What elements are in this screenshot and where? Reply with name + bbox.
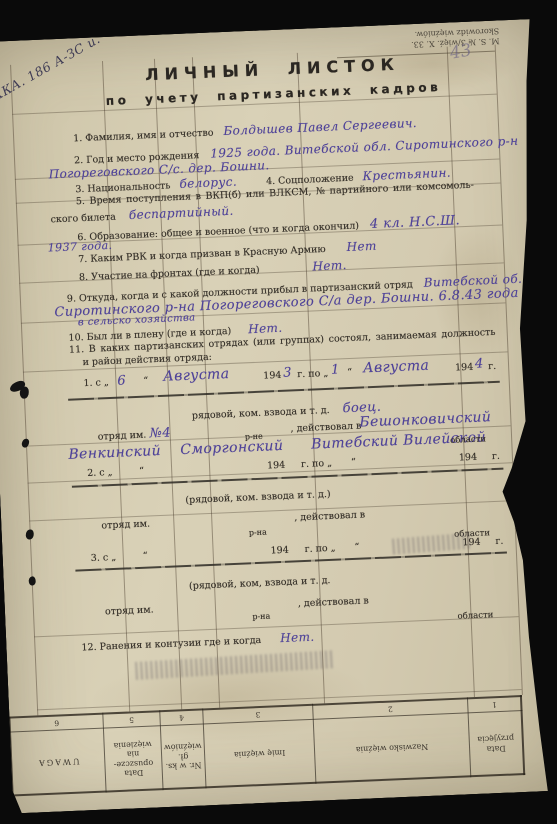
register-col-nazwisko: Nazwisko więźnia [313, 713, 471, 783]
field-1-label: 1. Фамилия, имя и отчество [73, 127, 214, 144]
region-hand-1: Венкинский [68, 443, 161, 463]
detachment-3-label: отряд им. [105, 604, 154, 617]
ink-blot [28, 576, 37, 586]
region-hand-2: Сморгонский [180, 438, 284, 458]
rna-label: р-на [249, 528, 267, 538]
register-col-number: 4 [160, 709, 204, 726]
field-1-value: Болдышев Павел Сергеевич. [223, 116, 417, 138]
quote-mark: “ [143, 551, 148, 562]
year-194: 194 [462, 537, 481, 549]
oblast-label: области [450, 434, 486, 445]
service-row-1-prefix: 1. с „ [83, 377, 109, 389]
field-3-value: белорус. [179, 175, 237, 191]
field-5-label-cont: ского билета [50, 212, 116, 226]
rank-line-3: (рядовой, ком, взвода и т. д. [189, 575, 331, 592]
oblast-label: области [457, 610, 493, 621]
acted-in-label: , действовал в [294, 509, 365, 523]
ink-blot [20, 386, 29, 398]
field-8-value: Нет. [312, 258, 347, 273]
illegible-stamp [392, 533, 471, 555]
g-po-label: г. по „ [304, 543, 335, 555]
rank-1-label: рядовой, ком. взвода и т. д. [192, 405, 330, 422]
rna-label: р-на [252, 612, 270, 622]
fill-line [68, 381, 500, 401]
field-10-value: Нет. [248, 321, 283, 336]
fill-line [75, 552, 507, 572]
register-col-nr: Nr. w ks. gł. więźniów [160, 724, 206, 789]
quote-mark: “ [347, 367, 352, 378]
g-po-label: г. по „ [297, 368, 328, 380]
g-label: г. [492, 451, 500, 462]
register-col-data-opuszczenia: Data opuszcze- nia więzienia [103, 726, 163, 791]
rank-line-2: (рядовой, ком. взвода и т. д.) [185, 489, 331, 506]
service-row-1-month: Августа [163, 366, 230, 385]
service-row-1-day: 6 [117, 373, 126, 388]
field-8-label: 8. Участие на фронтах (где и когда) [79, 265, 260, 284]
g-label: г. [495, 536, 503, 547]
year-194: 194 [263, 370, 282, 382]
year-194: 194 [455, 362, 474, 374]
field-5-value: беспартийный. [129, 204, 234, 222]
acted-in-label: , действовал в [298, 595, 369, 609]
g-po-label: г. по „ [301, 458, 332, 470]
year-194: 194 [267, 460, 286, 472]
detachment-1-label: отряд им. [97, 430, 146, 443]
paper: РККА. 186 А-ЗС и. M. S. № 3/więź. X. 33.… [0, 19, 557, 814]
detachment-2-label: отряд им. [101, 518, 150, 531]
ink-blot [21, 438, 29, 448]
register-col-number: 5 [103, 711, 161, 728]
field-7-value: Нет [346, 239, 377, 254]
quote-mark: “ [354, 542, 359, 553]
scanned-document: РККА. 186 А-ЗС и. M. S. № 3/więź. X. 33.… [0, 0, 557, 824]
register-col-imie: Imię więźnia [203, 720, 316, 788]
register-col-number: 1 [467, 696, 521, 713]
service-row-1-year2-digit: 4 [475, 356, 484, 371]
field-2-value: 1925 года. Витебской обл. Сиротинского р… [210, 134, 519, 161]
register-col-uwaga: UWAGA [10, 728, 106, 795]
quote-mark: “ [139, 466, 144, 477]
register-col-data-przyjecia: Data przyjęcia [468, 711, 524, 776]
detachment-1-number: №4 [149, 426, 171, 442]
g-label: г. [488, 361, 496, 372]
service-row-1-year-digit: 3 [283, 365, 292, 380]
rank-line-1: рядовой, ком. взвода и т. д. боец. [192, 400, 382, 423]
service-row-1-day2: 1 [331, 362, 340, 377]
field-6-label: 6. Образование: общее и военное (что и к… [77, 220, 359, 243]
ink-blot [26, 529, 34, 539]
service-row-3-prefix: 3. с „ [91, 552, 117, 564]
field-6-value: 4 кл. Н.С.Ш. [370, 213, 461, 232]
quote-mark: “ [143, 375, 148, 386]
quote-mark: “ [351, 457, 356, 468]
ledger-hline [29, 500, 514, 521]
service-row-2-prefix: 2. с „ [87, 467, 113, 479]
archive-number-note: РККА. 186 А-ЗС и. [0, 31, 103, 108]
year-194: 194 [270, 545, 289, 557]
field-12-label: 12. Ранения и контузии где и когда [81, 635, 261, 654]
page-number-pencil: 43 [448, 40, 473, 64]
service-row-1-month2: Августа [363, 358, 430, 377]
year-194: 194 [459, 452, 478, 464]
field-12-value: Нет. [280, 630, 315, 645]
